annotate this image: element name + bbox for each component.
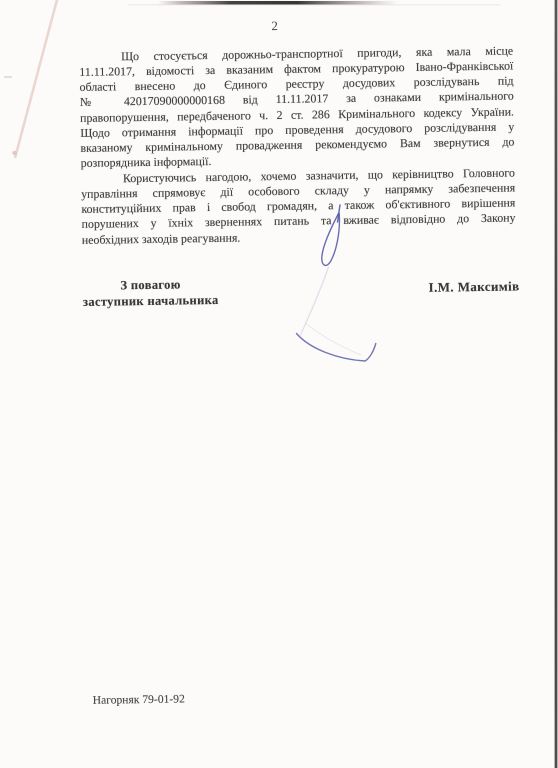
closing-block: З повагою заступник начальника	[75, 277, 225, 310]
closing-position: заступник начальника	[76, 292, 226, 310]
signer-name: І.М. Максимів	[428, 278, 519, 295]
page-number: 2	[265, 19, 285, 34]
paragraph-1: Що стосується дорожньо-транспортної приг…	[79, 43, 515, 171]
executor-reference: Нагорняк 79-01-92	[93, 692, 185, 706]
scanned-document-page: 2 Що стосується дорожньо-транспортної пр…	[0, 0, 558, 768]
paragraph-2: Користуючись нагодою, хочемо зазначити, …	[81, 165, 516, 247]
printed-text-layer: 2 Що стосується дорожньо-транспортної пр…	[0, 0, 558, 768]
